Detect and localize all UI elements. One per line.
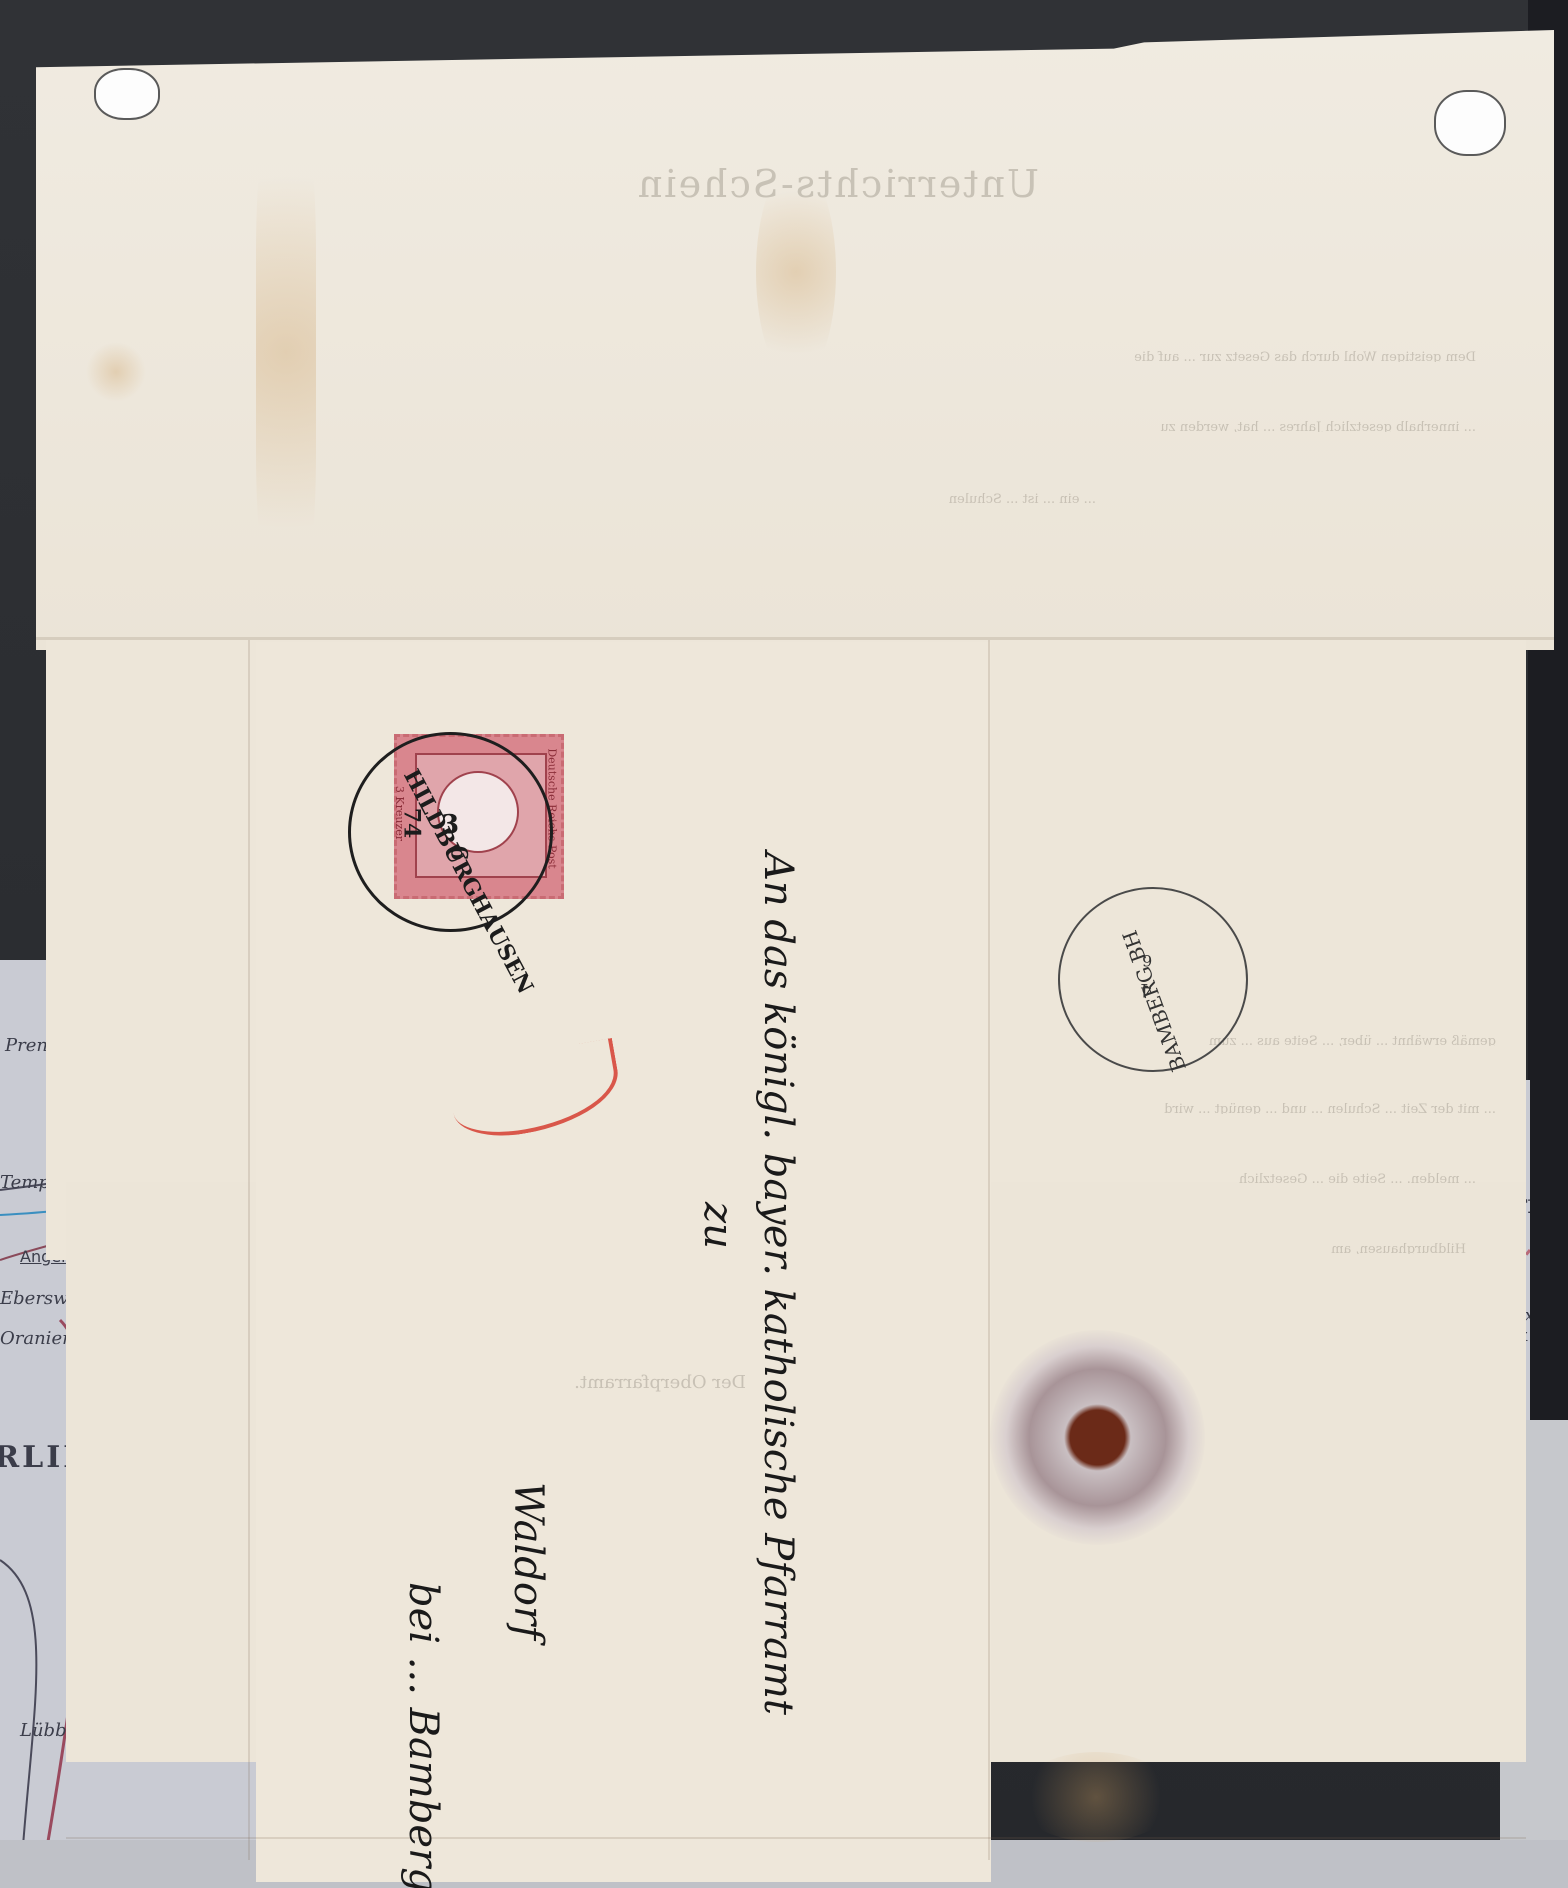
foxing-stain — [1016, 1752, 1176, 1842]
printed-line: ... ein ... ist ... Schulen — [96, 492, 1096, 504]
wax-seal — [990, 1330, 1205, 1545]
postmark-hildburghausen: HILDBURGHAUSEN 3 6 74 — [348, 732, 553, 932]
document-heading: Unterrichts-Schein — [636, 162, 1039, 206]
postmark-month: 6 — [446, 845, 472, 860]
pin-hole — [1436, 92, 1504, 154]
printed-line: ... melden. ... Seite die ... Gesetzlich — [776, 1172, 1476, 1184]
fold-line — [988, 640, 990, 1860]
postmark-town: BAMBERG BH — [1118, 927, 1191, 1075]
address-line: An das königl. bayer. katholische Pfarra… — [755, 852, 801, 1715]
fold-line — [36, 637, 1554, 640]
printed-line: Hildburghausen, am — [1086, 1242, 1466, 1254]
address-line: bei ... Bamberg — [400, 1582, 446, 1888]
postmark-bamberg: BAMBERG BH 4 6 — [1058, 887, 1248, 1072]
postmark-day: 3 — [441, 810, 459, 840]
postmark-day: 4 — [1140, 979, 1151, 1000]
postmark-year: 74 — [398, 808, 424, 839]
letter-cover: Unterrichts-Schein Dem geistigen Wohl du… — [36, 22, 1556, 1852]
printed-line: Der Oberpfarramt. — [346, 1372, 746, 1392]
fold-line — [66, 1837, 1526, 1839]
address-line: Waldorf — [505, 1482, 551, 1640]
printed-line: Dem geistigen Wohl durch das Gesetz zur … — [96, 350, 1476, 362]
pin-hole — [96, 70, 158, 118]
printed-line: ... innerhalb gesetzlich Jahres ... hat,… — [96, 420, 1476, 432]
postmark-month: 6 — [1142, 951, 1152, 970]
address-line: zu — [695, 1202, 741, 1249]
fold-line — [248, 640, 250, 1860]
